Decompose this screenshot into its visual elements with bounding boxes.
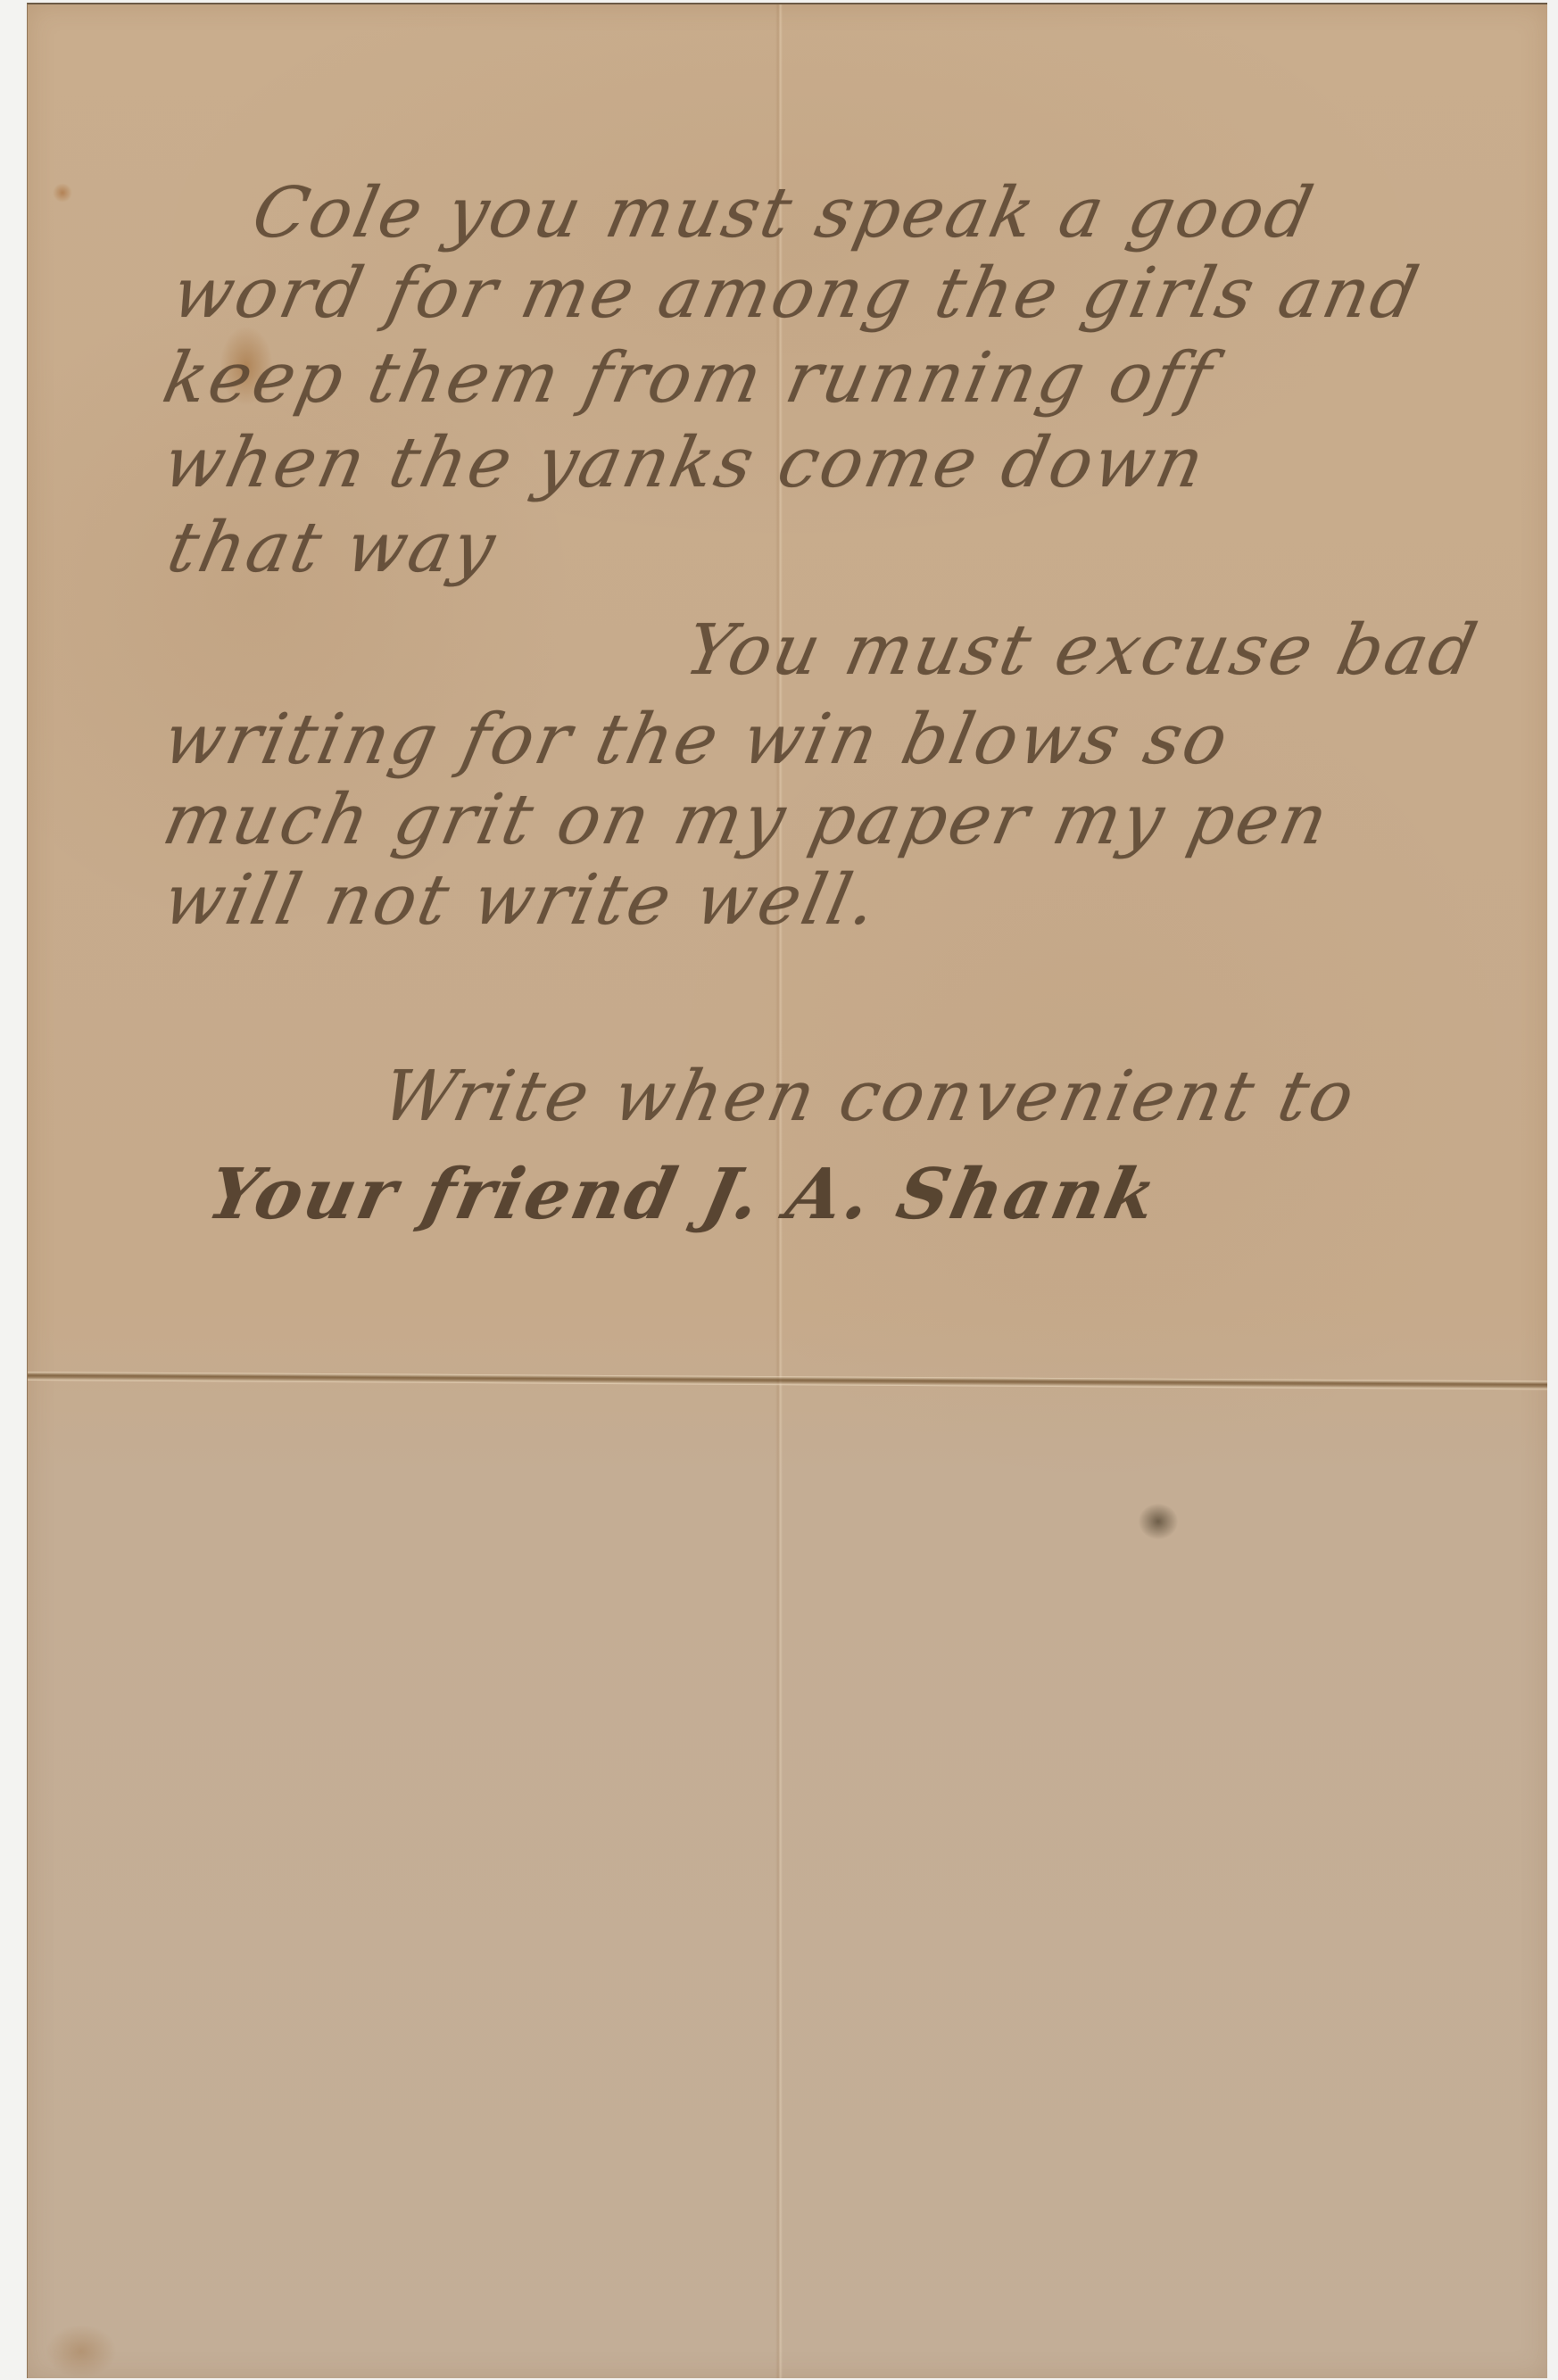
letter-line-2: word for me among the girls and (167, 259, 1427, 328)
letter-line-1: Cole you must speak a good (247, 178, 1321, 248)
scanned-letter: Cole you must speak a good word for me a… (0, 0, 1558, 2380)
letter-line-6: You must excuse bad (680, 616, 1485, 685)
closing-line: Write when convenient to (377, 1062, 1363, 1132)
letter-line-8: much grit on my paper my pen (158, 785, 1336, 855)
letter-line-3: keep them from running off (158, 344, 1220, 413)
signature: Your friend J. A. Shank (203, 1160, 1164, 1230)
letter-body: Cole you must speak a good word for me a… (0, 0, 1558, 2380)
letter-line-7: writing for the win blows so (158, 705, 1236, 775)
letter-line-4: when the yanks come down (158, 428, 1213, 498)
letter-line-9: will not write well. (158, 866, 885, 935)
letter-line-5: that way (162, 513, 503, 583)
